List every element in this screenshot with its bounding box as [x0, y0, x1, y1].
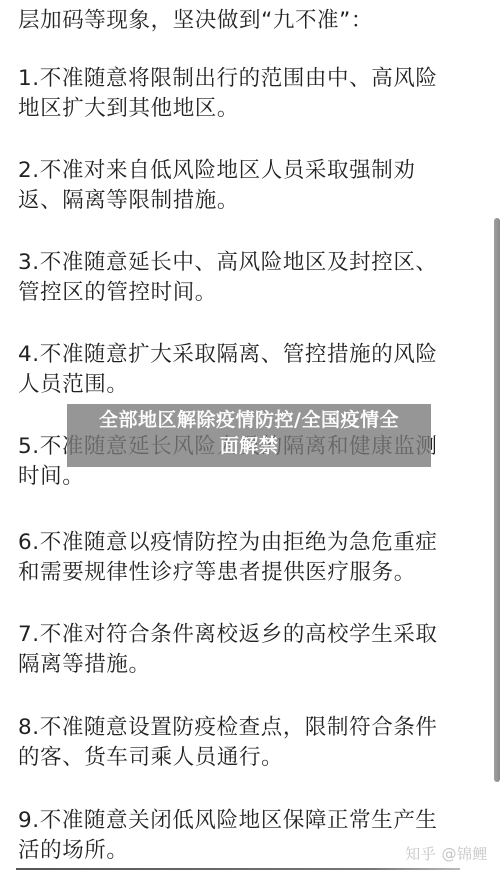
watermark: 知乎 @锦鲤 [405, 843, 488, 864]
list-item-line: 的客、货车司乘人员通行。 [18, 743, 283, 773]
intro-text: 层加码等现象，坚决做到“九不准”： [18, 6, 373, 36]
overlay-banner-line-2: 面解禁 [67, 433, 431, 459]
overlay-banner-title: 全部地区解除疫情防控/全国疫情全 面解禁 [67, 404, 431, 467]
overlay-banner: 全部地区解除疫情防控/全国疫情全 面解禁 [67, 404, 431, 467]
list-item-line: 活的场所。 [18, 836, 129, 866]
list-item-line: 6.不准随意以疫情防控为由拒绝为急危重症 [18, 528, 438, 558]
list-item-line: 7.不准对符合条件离校返乡的高校学生采取 [18, 620, 438, 650]
list-item-line: 2.不准对来自低风险地区人员采取强制劝 [18, 156, 415, 186]
overlay-banner-line-1: 全部地区解除疫情防控/全国疫情全 [67, 407, 431, 433]
list-item-line: 3.不准随意延长中、高风险地区及封控区、 [18, 248, 438, 278]
list-item-line: 人员范围。 [18, 370, 129, 400]
list-item-line: 管控区的管控时间。 [18, 278, 217, 308]
vertical-scrollbar[interactable] [492, 0, 500, 871]
list-item-line: 1.不准随意将限制出行的范围由中、高风险 [18, 64, 438, 94]
bottom-divider [16, 868, 460, 870]
scrollbar-thumb[interactable] [494, 218, 500, 782]
list-item-line: 9.不准随意关闭低风险地区保障正常生产生 [18, 806, 438, 836]
list-item-line: 8.不准随意设置防疫检查点，限制符合条件 [18, 713, 438, 743]
list-item-line: 和需要规律性诊疗等患者提供医疗服务。 [18, 558, 416, 588]
list-item-line: 4.不准随意扩大采取隔离、管控措施的风险 [18, 340, 438, 370]
list-item-line: 隔离等措施。 [18, 650, 151, 680]
list-item-line: 地区扩大到其他地区。 [18, 94, 239, 124]
list-item-line: 返、隔离等限制措施。 [18, 186, 239, 216]
